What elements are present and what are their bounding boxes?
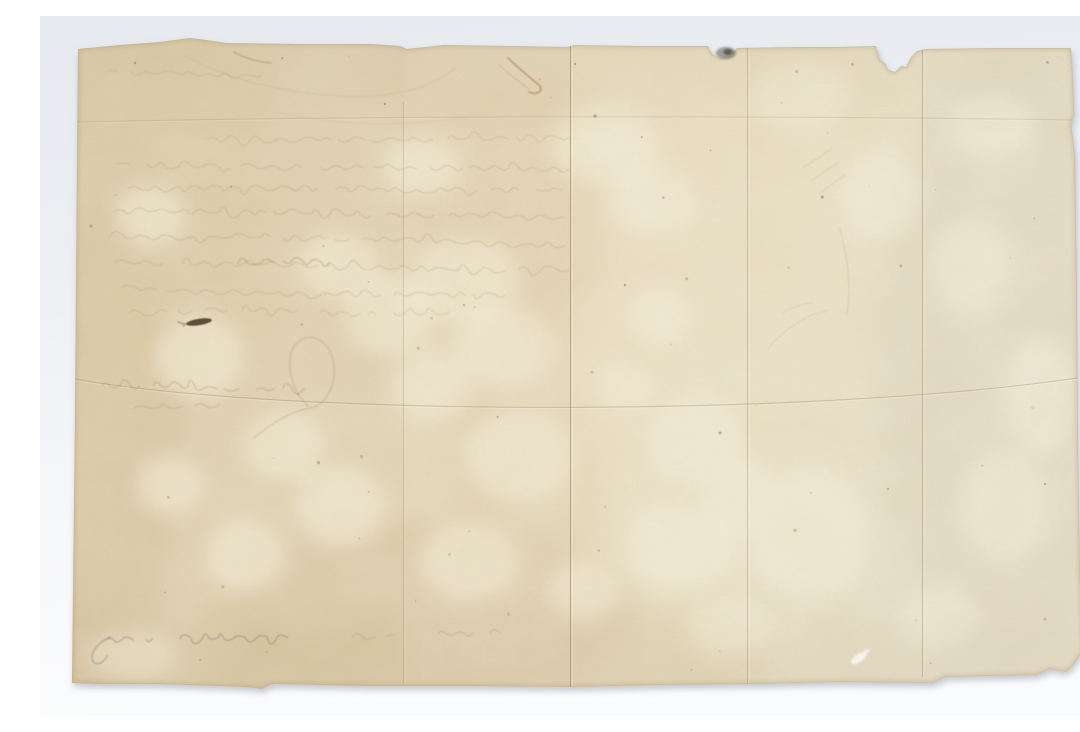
foxing-speck	[415, 600, 416, 601]
paper-surface	[40, 16, 1080, 716]
foxing-speck	[899, 264, 902, 267]
foxing-speck	[930, 663, 932, 665]
foxing-speck	[300, 323, 303, 326]
foxing-speck	[497, 416, 499, 418]
foxing-speck	[1034, 218, 1035, 219]
foxing-speck	[574, 63, 576, 65]
foxing-speck	[1046, 61, 1049, 64]
foxing-speck	[384, 103, 386, 105]
foxing-speck	[1031, 406, 1034, 409]
foxing-speck	[669, 343, 672, 346]
foxing-speck	[507, 612, 511, 616]
foxing-speck	[134, 62, 137, 65]
foxing-speck	[604, 506, 607, 509]
foxing-speck	[781, 102, 782, 103]
foxing-speck	[463, 304, 465, 306]
foxing-speck	[624, 284, 627, 287]
foxing-speck	[590, 371, 593, 374]
foxing-speck	[868, 185, 869, 186]
foxing-speck	[887, 488, 889, 490]
foxing-speck	[368, 491, 370, 493]
foxing-speck	[234, 628, 235, 629]
foxing-speck	[182, 324, 185, 327]
foxing-speck	[690, 669, 692, 671]
foxing-speck	[793, 529, 796, 532]
foxing-speck	[593, 114, 596, 117]
foxing-speck	[448, 553, 451, 556]
foxing-speck	[598, 550, 600, 552]
foxing-speck	[935, 189, 936, 190]
foxing-speck	[430, 317, 433, 320]
foxing-speck	[469, 531, 471, 533]
foxing-speck	[221, 585, 224, 588]
foxing-speck	[1043, 618, 1046, 621]
foxing-speck	[915, 619, 917, 621]
foxing-speck	[273, 457, 274, 458]
foxing-speck	[851, 63, 854, 66]
foxing-speck	[539, 78, 541, 80]
foxing-speck	[89, 224, 92, 227]
foxing-speck	[787, 266, 790, 269]
foxing-speck	[199, 659, 201, 661]
foxing-speck	[662, 196, 665, 199]
foxing-speck	[281, 57, 283, 59]
foxing-speck	[317, 461, 321, 465]
foxing-speck	[685, 277, 688, 280]
foxing-speck	[641, 136, 643, 138]
paper-edge-overlays	[716, 47, 736, 59]
foxing-speck	[1044, 483, 1046, 485]
foxing-speck	[167, 496, 170, 499]
foxing-speck	[324, 294, 326, 296]
foxing-speck	[360, 455, 364, 459]
foxing-speck	[368, 281, 370, 283]
foxing-speck	[165, 592, 167, 594]
foxing-speck	[473, 306, 475, 308]
foxing-speck	[810, 492, 812, 494]
foxing-speck	[1010, 257, 1011, 258]
foxing-speck	[115, 194, 117, 196]
photo-of-folded-letter: Photograph of an aged, folded letter she…	[40, 16, 1080, 716]
foxing-speck	[417, 347, 420, 350]
foxing-speck	[827, 132, 828, 133]
foxing-speck	[230, 186, 232, 188]
foxing-speck	[719, 650, 721, 652]
foxing-speck	[358, 537, 361, 540]
foxing-speck	[719, 432, 722, 435]
foxing-speck	[550, 96, 552, 98]
foxing-speck	[981, 465, 983, 467]
foxing-speck	[266, 651, 268, 653]
letter-photo-canvas	[40, 16, 1080, 716]
foxing-speck	[710, 149, 712, 151]
foxing-speck	[755, 405, 756, 406]
foxing-speck	[297, 393, 298, 394]
foxing-speck	[795, 70, 798, 73]
foxing-speck	[821, 196, 824, 199]
foxing-speck	[323, 245, 325, 247]
foxing-speck	[349, 56, 350, 57]
torn-edge-chip	[724, 49, 733, 55]
